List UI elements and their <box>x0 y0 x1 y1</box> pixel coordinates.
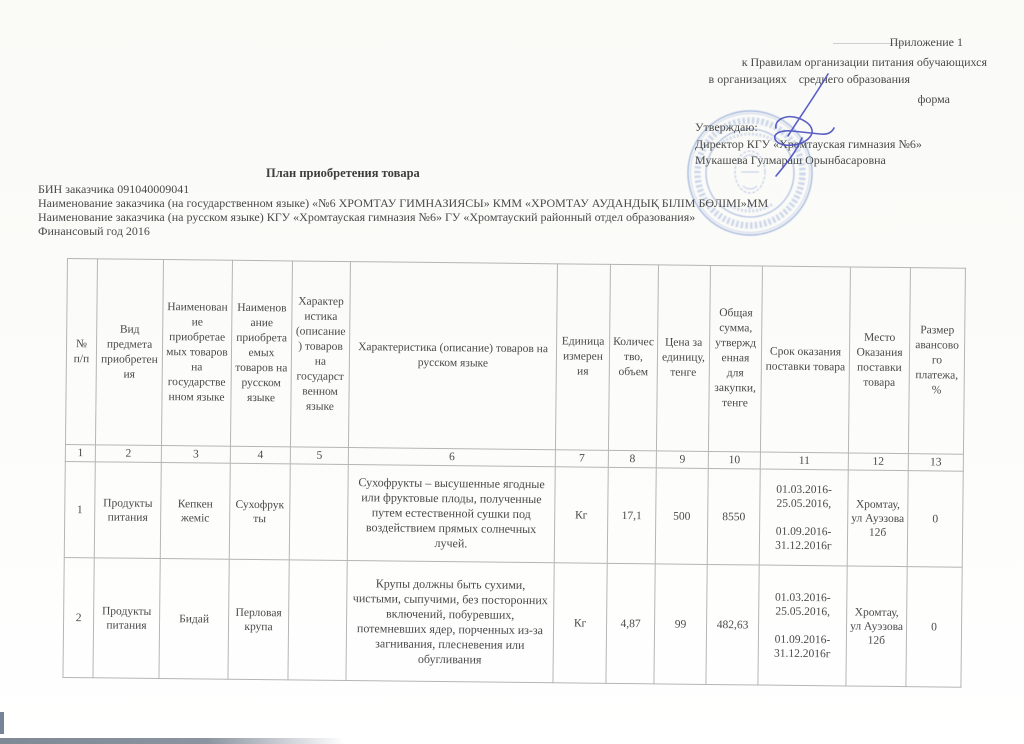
appendix-label: Приложение 1 <box>890 35 963 49</box>
cell-advance: 0 <box>907 471 963 568</box>
header-cell: Единица измерения <box>555 264 610 451</box>
header-cell: Вид предмета приобретения <box>95 259 163 446</box>
fiscal-year-line: Финансовый год 2016 <box>38 224 150 238</box>
number-cell: 12 <box>848 453 908 471</box>
header-cell: Цена за единицу, тенге <box>656 265 710 452</box>
cell-desc-ru: Сухофрукты – высушенные ягодные или фрук… <box>347 465 555 563</box>
cell-total-sum: 482,63 <box>706 564 759 685</box>
cell-row-no: 2 <box>63 557 94 677</box>
table-header-row: № п/п Вид предмета приобретения Наименов… <box>65 259 965 455</box>
scanned-document-page: { "colors": { "stamp_blue": "#8fa7d6", "… <box>0 0 1024 744</box>
cell-delivery-place: Хромтау, ул Ауэзова 12б <box>847 470 908 567</box>
number-cell: 9 <box>656 451 708 469</box>
cell-desc-kz <box>289 464 348 561</box>
scan-edge-mark <box>0 712 4 734</box>
document-title: План приобретения товара <box>266 166 420 181</box>
number-cell: 10 <box>708 451 760 469</box>
number-cell: 13 <box>908 454 963 472</box>
number-cell: 5 <box>290 447 348 465</box>
cell-name-ru: Сухофрукты <box>229 463 290 560</box>
header-cell: № п/п <box>65 259 97 445</box>
cell-delivery-term: 01.03.2016-25.05.2016, 01.09.2016-31.12.… <box>759 469 848 566</box>
table-row: 1 Продукты питания Кепкен жеміс Сухофрук… <box>64 461 963 567</box>
cell-row-no: 1 <box>64 461 95 557</box>
number-cell: 3 <box>161 446 230 464</box>
customer-name-kz: Наименование заказчика (на государственн… <box>38 196 888 210</box>
cell-name-ru: Перловая крупа <box>228 559 289 680</box>
cell-name-kz: Бидай <box>159 559 229 680</box>
number-cell: 4 <box>230 446 290 464</box>
scan-edge-strip <box>0 738 345 744</box>
cell-name-kz: Кепкен жеміс <box>160 463 230 560</box>
header-cell: Наименование приобретаемых товаров на ру… <box>230 260 292 447</box>
header-cell: Характеристика (описание) товаров на гос… <box>290 261 350 448</box>
signature <box>740 58 850 188</box>
cell-delivery-term: 01.03.2016-25.05.2016, 01.09.2016-31.12.… <box>758 565 847 686</box>
header-cell: Наименование приобретаемых товаров на го… <box>161 260 232 447</box>
cell-delivery-place: Хромтау, ул Ауэзова 12б <box>846 566 907 687</box>
cell-desc-kz <box>288 560 347 681</box>
header-cell: Размер авансового платежа, % <box>908 268 965 455</box>
cell-desc-ru: Крупы должны быть сухими, чистыми, сыпуч… <box>346 561 554 683</box>
cell-total-sum: 8550 <box>707 468 760 565</box>
cell-quantity: 17,1 <box>607 467 656 564</box>
form-label: форма <box>918 92 950 106</box>
cell-unit-price: 500 <box>655 468 708 565</box>
cell-unit: Кг <box>554 467 608 564</box>
header-cell: Срок оказания поставки товара <box>760 266 850 453</box>
procurement-table: № п/п Вид предмета приобретения Наименов… <box>62 258 965 688</box>
header-cell: Количество, объем <box>608 264 658 451</box>
header-cell: Общая сумма, утвержденная для закупки, т… <box>708 265 762 452</box>
header-cell: Характеристика (описание) товаров на рус… <box>348 262 557 450</box>
customer-name-ru: Наименование заказчика (на русском языке… <box>38 210 818 224</box>
header-cell: Место Оказания поставки товара <box>848 267 910 454</box>
number-cell: 8 <box>608 450 656 468</box>
cell-unit-price: 99 <box>654 564 707 685</box>
cell-unit: Кг <box>553 563 607 684</box>
cell-subject-type: Продукты питания <box>94 462 161 559</box>
cell-subject-type: Продукты питания <box>93 558 160 679</box>
number-cell: 11 <box>760 452 848 470</box>
number-cell: 7 <box>555 450 608 468</box>
cell-advance: 0 <box>906 567 962 688</box>
table-row: 2 Продукты питания Бидай Перловая крупа … <box>63 557 962 687</box>
number-cell: 1 <box>65 444 95 461</box>
number-cell: 2 <box>95 445 161 463</box>
bin-line: БИН заказчика 091040009041 <box>38 182 189 196</box>
cell-quantity: 4,87 <box>606 563 655 684</box>
procurement-table-wrapper: № п/п Вид предмета приобретения Наименов… <box>62 258 965 688</box>
